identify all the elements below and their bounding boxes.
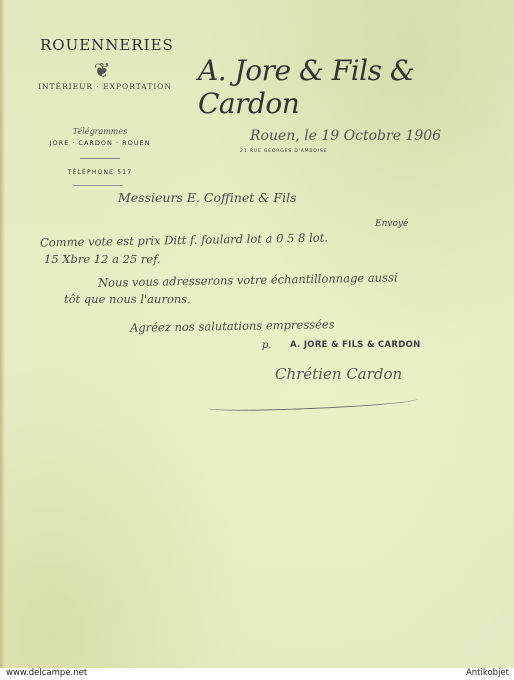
company-name: A. Jore & Fils & Cardon — [198, 54, 514, 120]
body-line: Comme vote est prix Ditt f. foulard lot … — [40, 230, 328, 249]
divider — [80, 158, 120, 159]
letterhead-markets: INTÉRIEUR · EXPORTATION — [30, 82, 180, 91]
letter-paper: ROUENNERIES ❦ INTÉRIEUR · EXPORTATION Té… — [0, 0, 514, 668]
salutation: Messieurs E. Coffinet & Fils — [118, 190, 296, 205]
signature-flourish — [208, 394, 418, 412]
telephone-number: TÉLÉPHONE 517 — [40, 169, 160, 176]
telegrams-address: JORE · CARDON · ROUEN — [25, 139, 175, 147]
fleuron-ornament-icon: ❦ — [72, 58, 132, 82]
divider — [73, 185, 123, 186]
watermark-footer: www.delcampe.net Antikobjet — [0, 668, 514, 680]
letterhead-trade: ROUENNERIES — [40, 36, 170, 54]
body-line: Nous vous adresserons votre échantillonn… — [98, 270, 398, 289]
telegrams-label: Télégrammes — [40, 127, 160, 136]
source-site: www.delcampe.net — [6, 668, 87, 678]
place-date: Rouen, le 19 Octobre 1906 — [250, 128, 441, 144]
street-address: 21 RUE GEORGES D'AMBOISE — [240, 149, 327, 154]
body-line: 15 Xbre 12 a 25 ref. — [44, 252, 161, 266]
per-prefix: p. — [262, 340, 272, 351]
signature: Chrétien Cardon — [275, 365, 402, 383]
closing: Agréez nos salutations empressées — [130, 317, 335, 335]
seller-name: Antikobjet — [466, 668, 509, 678]
paper-edge — [0, 0, 5, 668]
body-line: tôt que nous l'aurons. — [64, 292, 191, 306]
company-stamp: A. JORE & FILS & CARDON — [290, 340, 421, 350]
annotation: Envoyé — [375, 219, 408, 229]
